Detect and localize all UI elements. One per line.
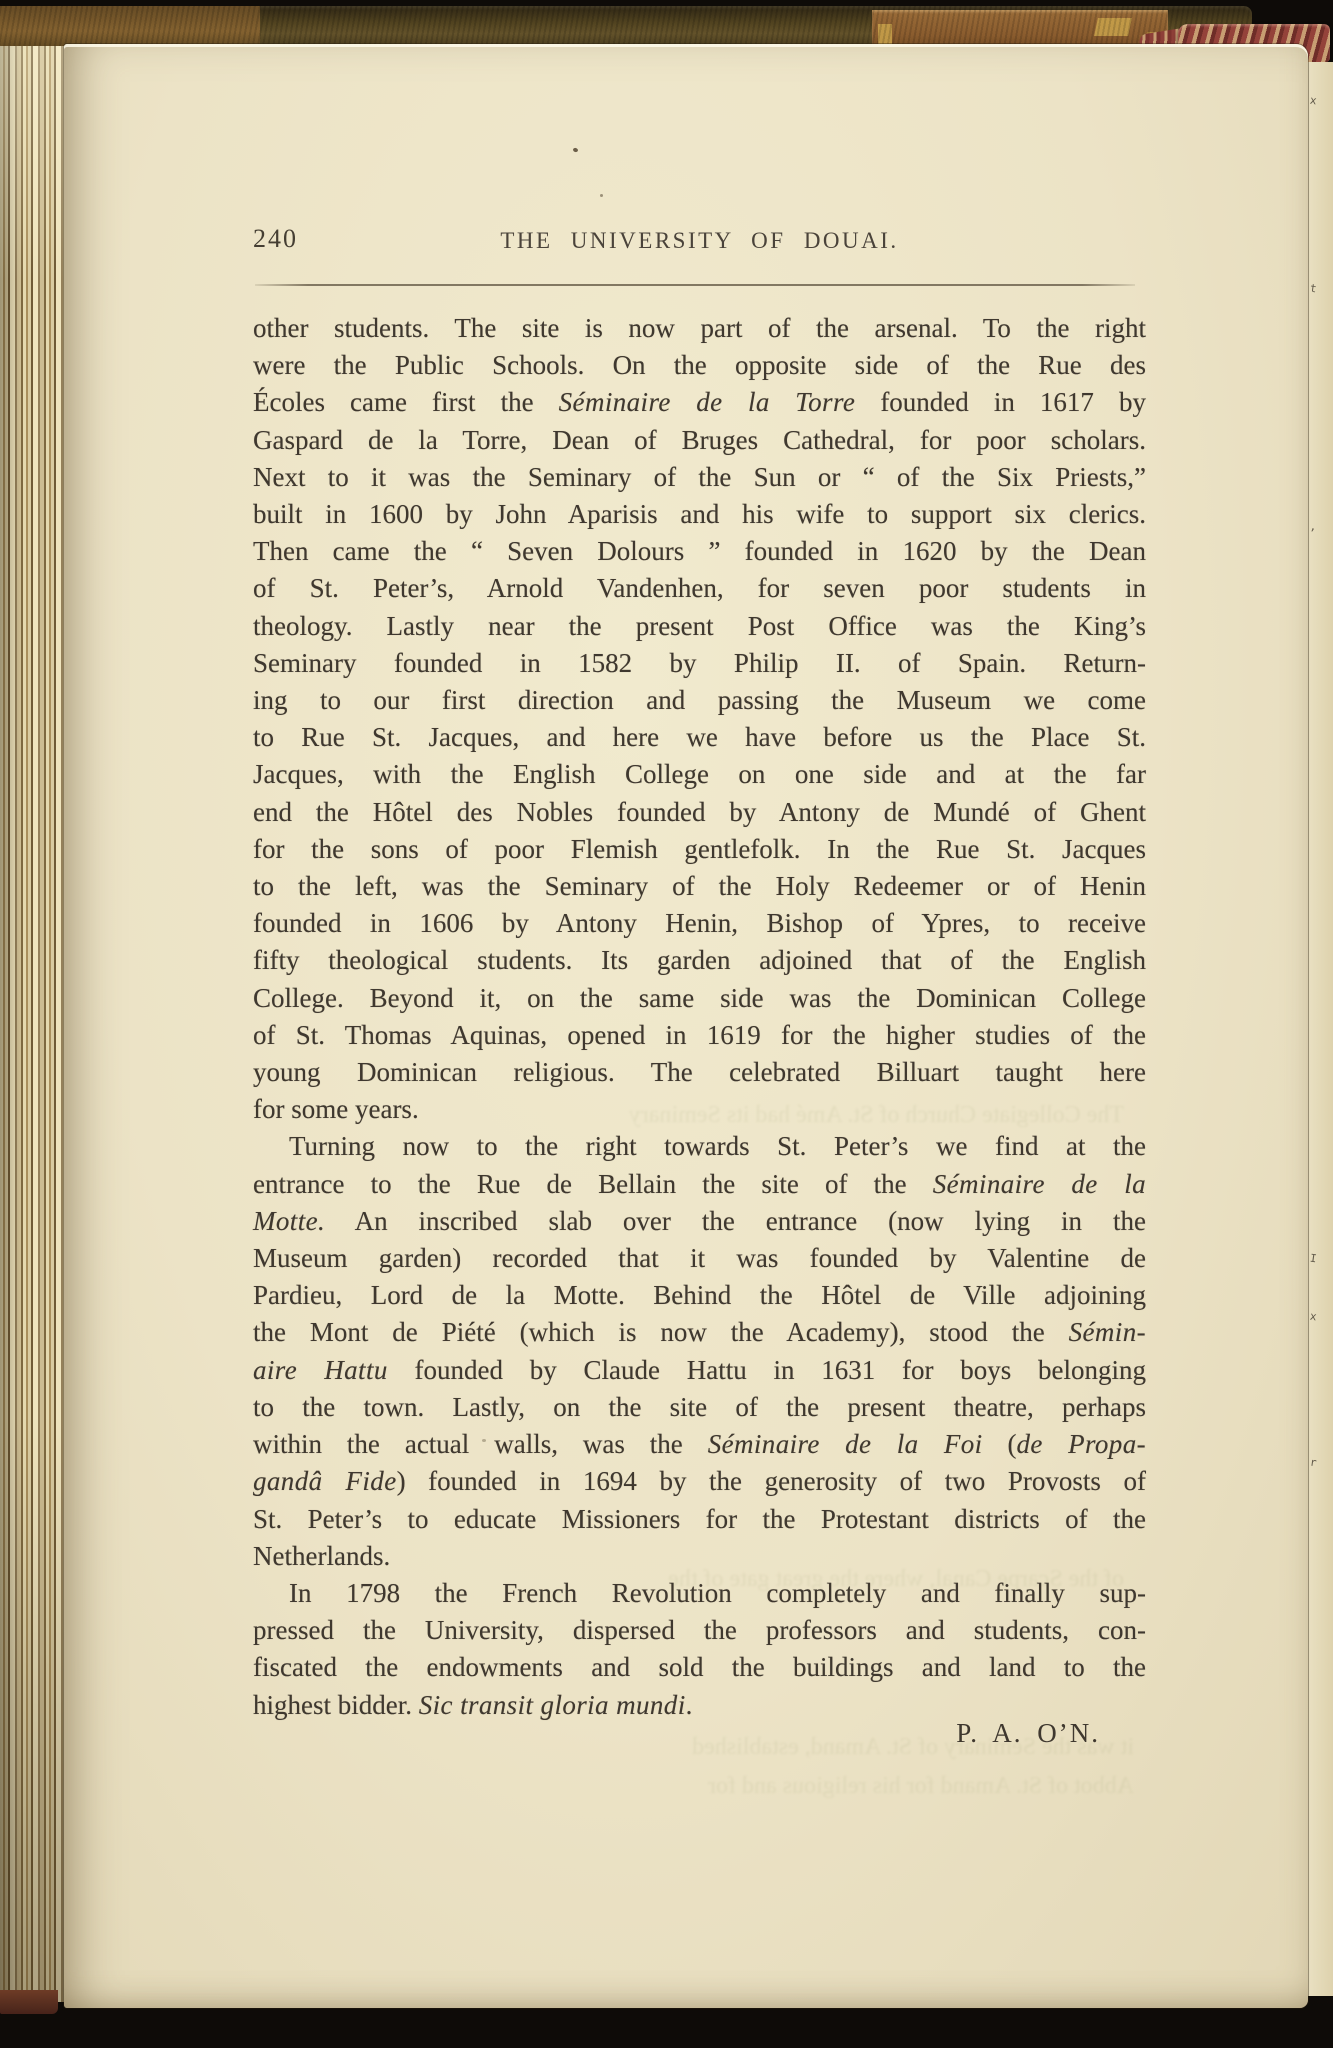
text-segment: . [686, 1690, 693, 1720]
text-segment: were the Public Schools. On the opposite… [253, 350, 1146, 380]
text-line: built in 1600 by John Aparisis and his w… [253, 496, 1146, 533]
text-segment: Gaspard de la Torre, Dean of Bruges Cath… [253, 425, 1146, 455]
edge-ink-mark: , [1309, 520, 1317, 534]
text-line: Museum garden) recorded that it was foun… [253, 1240, 1146, 1277]
text-segment: to Rue St. Jacques, and here we have bef… [253, 722, 1146, 752]
text-segment: theology. Lastly near the present Post O… [253, 611, 1146, 641]
text-line: founded in 1606 by Antony Henin, Bishop … [253, 905, 1146, 942]
text-line: of St. Peter’s, Arnold Vandenhen, for se… [253, 570, 1146, 607]
header-rule [255, 284, 1135, 286]
text-line: to Rue St. Jacques, and here we have bef… [253, 719, 1146, 756]
text-line: Seminary founded in 1582 by Philip II. o… [253, 645, 1146, 682]
text-segment: to the town. Lastly, on the site of the … [253, 1392, 1146, 1422]
text-line: Gaspard de la Torre, Dean of Bruges Cath… [253, 422, 1146, 459]
text-segment: Jacques, with the English College on one… [253, 759, 1146, 789]
ink-speck [482, 1439, 486, 1442]
edge-ink-mark: x [1309, 94, 1317, 108]
text-line: Then came the “ Seven Dolours ” founded … [253, 533, 1146, 570]
italic-text-segment: Séminaire de la Torre [559, 387, 856, 417]
text-segment: Écoles came first the [253, 387, 559, 417]
text-segment: young Dominican religious. The celebrate… [253, 1057, 1146, 1087]
text-segment: An inscribed slab over the entrance (now… [325, 1206, 1146, 1236]
text-segment: Netherlands. [253, 1541, 390, 1571]
text-line: other students. The site is now part of … [253, 310, 1146, 347]
text-line: St. Peter’s to educate Missioners for th… [253, 1501, 1146, 1538]
text-line: aire Hattu founded by Claude Hattu in 16… [253, 1352, 1146, 1389]
book-page: The Collegiate Church of St. Amé had its… [64, 44, 1308, 2008]
text-segment: within the actual walls, was the [253, 1429, 708, 1459]
text-segment: the Mont de Piété (which is now the Acad… [253, 1317, 1069, 1347]
text-segment: St. Peter’s to educate Missioners for th… [253, 1504, 1146, 1534]
text-segment: ( [983, 1429, 1017, 1459]
text-line: were the Public Schools. On the opposite… [253, 347, 1146, 384]
italic-text-segment: gandâ Fide [253, 1466, 397, 1496]
running-header: THE UNIVERSITY OF DOUAI. [253, 228, 1146, 254]
text-line: Écoles came first the Séminaire de la To… [253, 384, 1146, 421]
italic-text-segment: Sémin- [1069, 1317, 1146, 1347]
text-segment: pressed the University, dispersed the pr… [253, 1615, 1146, 1645]
text-line: ing to our first direction and passing t… [253, 682, 1146, 719]
text-segment: for some years. [253, 1094, 419, 1124]
text-segment: Turning now to the right towards St. Pet… [289, 1131, 1146, 1161]
text-line: to the left, was the Seminary of the Hol… [253, 868, 1146, 905]
edge-ink-mark: x [1309, 1310, 1317, 1324]
author-signature: P. A. O’N. [253, 1718, 1146, 1749]
italic-text-segment: aire Hattu [253, 1355, 388, 1385]
text-line: Next to it was the Seminary of the Sun o… [253, 459, 1146, 496]
text-segment: other students. The site is now part of … [253, 313, 1146, 343]
text-segment: fiscated the endowments and sold the bui… [253, 1652, 1146, 1682]
text-line: within the actual walls, was the Séminai… [253, 1426, 1146, 1463]
text-segment: ing to our first direction and passing t… [253, 685, 1146, 715]
text-line: Pardieu, Lord de la Motte. Behind the Hô… [253, 1277, 1146, 1314]
italic-text-segment: Séminaire de la Foi [708, 1429, 983, 1459]
italic-text-segment: Séminaire de la [933, 1169, 1146, 1199]
text-segment: highest bidder. [253, 1690, 419, 1720]
ink-speck [600, 194, 603, 197]
text-line: the Mont de Piété (which is now the Acad… [253, 1314, 1146, 1351]
edge-ink-mark: t [1309, 282, 1317, 296]
text-segment: fifty theological students. Its garden a… [253, 945, 1146, 975]
text-line: Jacques, with the English College on one… [253, 756, 1146, 793]
text-segment: ) founded in 1694 by the generosity of t… [397, 1466, 1146, 1496]
italic-text-segment: de Propa- [1016, 1429, 1146, 1459]
page-stack-fore-edge [0, 46, 70, 2002]
text-line: pressed the University, dispersed the pr… [253, 1612, 1146, 1649]
text-line: fifty theological students. Its garden a… [253, 942, 1146, 979]
text-line: gandâ Fide) founded in 1694 by the gener… [253, 1463, 1146, 1500]
text-segment: founded in 1617 by [855, 387, 1146, 417]
text-line: for some years. [253, 1091, 1146, 1128]
gilt-glint [1094, 18, 1132, 36]
text-line: fiscated the endowments and sold the bui… [253, 1649, 1146, 1686]
text-segment: for the sons of poor Flemish gentlefolk.… [253, 834, 1146, 864]
text-segment: In 1798 the French Revolution completely… [289, 1578, 1146, 1608]
text-segment: College. Beyond it, on the same side was… [253, 983, 1146, 1013]
text-segment: Seminary founded in 1582 by Philip II. o… [253, 648, 1146, 678]
page-stack-foot [0, 1990, 58, 2014]
text-line: young Dominican religious. The celebrate… [253, 1054, 1146, 1091]
text-segment: to the left, was the Seminary of the Hol… [253, 871, 1146, 901]
text-line: Turning now to the right towards St. Pet… [253, 1128, 1146, 1165]
text-segment: end the Hôtel des Nobles founded by Anto… [253, 797, 1146, 827]
text-line: Netherlands. [253, 1538, 1146, 1575]
ink-speck [572, 147, 578, 152]
text-line: Motte. An inscribed slab over the entran… [253, 1203, 1146, 1240]
show-through-line: Abbot of St. Amand for his religious and… [534, 1773, 1134, 1800]
text-column: other students. The site is now part of … [253, 310, 1146, 1724]
italic-text-segment: Motte. [253, 1206, 325, 1236]
text-line: of St. Thomas Aquinas, opened in 1619 fo… [253, 1017, 1146, 1054]
text-segment: Pardieu, Lord de la Motte. Behind the Hô… [253, 1280, 1146, 1310]
text-line: entrance to the Rue de Bellain the site … [253, 1166, 1146, 1203]
text-line: end the Hôtel des Nobles founded by Anto… [253, 794, 1146, 831]
text-line: for the sons of poor Flemish gentlefolk.… [253, 831, 1146, 868]
photo-backdrop: x t , I x r The Collegiate Church of St.… [0, 0, 1333, 2048]
text-segment: built in 1600 by John Aparisis and his w… [253, 499, 1146, 529]
text-segment: founded by Claude Hattu in 1631 for boys… [388, 1355, 1146, 1385]
text-segment: of St. Thomas Aquinas, opened in 1619 fo… [253, 1020, 1146, 1050]
text-segment: of St. Peter’s, Arnold Vandenhen, for se… [253, 573, 1146, 603]
text-segment: founded in 1606 by Antony Henin, Bishop … [253, 908, 1146, 938]
edge-ink-mark: r [1309, 1456, 1317, 1470]
text-line: to the town. Lastly, on the site of the … [253, 1389, 1146, 1426]
text-line: College. Beyond it, on the same side was… [253, 980, 1146, 1017]
edge-ink-mark: I [1309, 1252, 1317, 1266]
text-segment: entrance to the Rue de Bellain the site … [253, 1169, 933, 1199]
italic-text-segment: Sic transit gloria mundi [419, 1690, 686, 1720]
text-line: theology. Lastly near the present Post O… [253, 608, 1146, 645]
text-segment: Then came the “ Seven Dolours ” founded … [253, 536, 1146, 566]
text-segment: Museum garden) recorded that it was foun… [253, 1243, 1146, 1273]
text-line: In 1798 the French Revolution completely… [253, 1575, 1146, 1612]
text-segment: Next to it was the Seminary of the Sun o… [253, 462, 1146, 492]
gilt-glint [878, 24, 892, 46]
